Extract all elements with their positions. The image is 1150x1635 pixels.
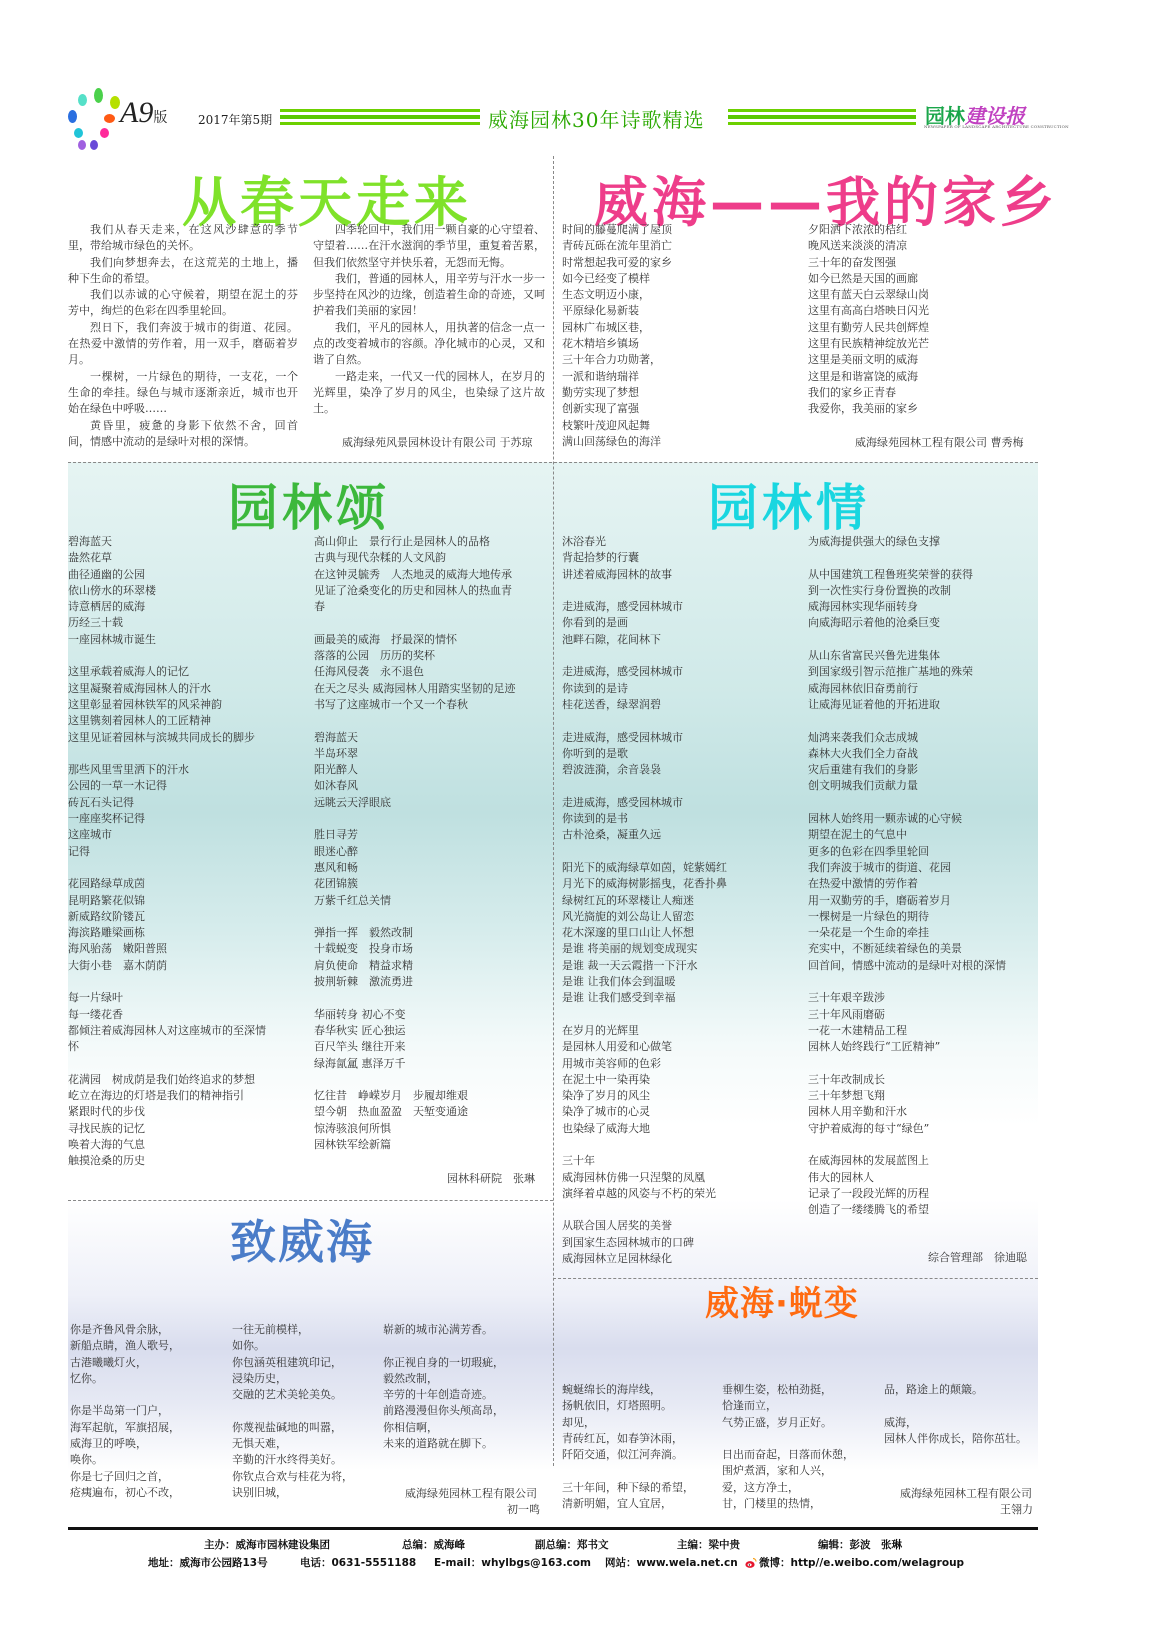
article-body-spring-col2: 四季轮回中，我们用一颗自豪的心守望着、守望着……在汗水滋润的季节里，重复着苦累，…	[313, 222, 545, 418]
issue-label: 2017年第5期	[198, 111, 272, 128]
author-name: 初一鸣	[507, 1501, 540, 1517]
author-byline: 威海绿苑风景园林设计有限公司 于苏琼	[342, 434, 533, 450]
author-name: 王翎力	[1000, 1501, 1033, 1517]
poem-hometown-col1: 时间的藤蔓爬满了屋顶青砖瓦砾在流年里消亡时常想起我可爱的家乡如今已经变了模样生态…	[562, 222, 672, 450]
poem-transformation-col1: 蜿蜒绵长的海岸线，扬帆依旧，灯塔照明。却见，青砖红瓦，如春笋沐雨，阡陌交通，似江…	[562, 1382, 694, 1512]
footer-chief-editor: 总编：威海峰	[402, 1537, 465, 1552]
author-byline: 综合管理部 徐迪聪	[928, 1249, 1027, 1265]
header-stripe-right	[728, 109, 916, 125]
author-byline: 园林科研院 张琳	[447, 1170, 535, 1186]
poem-hometown-col2: 夕阳洒下浓浓的桔红晚风送来淡淡的清凉三十年的奋发图强如今已然是天国的画廊这里有蓝…	[808, 222, 929, 418]
column-divider	[553, 156, 554, 1466]
footer-email-link[interactable]: E-mail：whylbgs@163.com	[434, 1555, 591, 1570]
footer-phone: 电话：0631-5551188	[300, 1555, 416, 1570]
author-org: 威海绿苑园林工程有限公司	[405, 1485, 537, 1501]
poem-affection-col1: 沐浴春光背起拾梦的行囊讲述着威海园林的故事走进威海，感受园林城市你看到的是画池畔…	[562, 534, 727, 1267]
footer-weibo-link[interactable]: 微博：http//e.weibo.com/welagroup	[759, 1555, 964, 1570]
footer-rule	[68, 1527, 1038, 1530]
author-byline: 威海绿苑园林工程有限公司 曹秀梅	[855, 434, 1024, 450]
row-divider	[68, 462, 1038, 463]
footer-deputy-editor: 副总编：郑书文	[535, 1537, 609, 1552]
page-number: A9版	[120, 96, 167, 130]
article-body-spring-col1: 我们从春天走来，在这风沙肆意的季节里，带给城市绿色的关怀。 我们向梦想奔去，在这…	[68, 222, 298, 450]
poem-to-weihai-col3: 崭新的城市沁满芳香。你正视自身的一切瑕疵，毅然改制，辛劳的十年创造奇迹。前路漫漫…	[383, 1322, 504, 1452]
header-stripe-left	[280, 109, 480, 125]
article-title-ode: 园林颂	[228, 468, 390, 540]
footer-sponsor: 主办：威海市园林建设集团	[204, 1537, 330, 1552]
poem-transformation-col2: 垂柳生姿，松柏劲挺，恰逢而立，气势正盛，岁月正好。日出而奋起，日落而休憩，围炉煮…	[722, 1382, 854, 1512]
poem-transformation-col3: 品，路途上的颠簸。威海，园林人伴你成长，陪你茁壮。	[884, 1382, 1027, 1447]
footer-website-link[interactable]: 网站：www.wela.net.cn	[605, 1555, 738, 1570]
poem-ode-col2: 高山仰止 景行行止是园林人的品格古典与现代杂糅的人文风韵在这钟灵毓秀 人杰地灵的…	[314, 534, 516, 1153]
section-title: 威海园林30年诗歌精选	[488, 104, 704, 133]
footer-editor-in-charge: 主编：梁中贵	[677, 1537, 740, 1552]
author-org: 威海绿苑园林工程有限公司	[900, 1485, 1032, 1501]
footer-editors: 编辑：彭波 张琳	[818, 1537, 902, 1552]
poem-to-weihai-col2: 一往无前模样，如你。你包涵英租建筑印记，浸染历史，交融的艺术美轮美奂。你蔑视盐碱…	[232, 1322, 353, 1501]
article-title-affection: 园林情	[708, 468, 870, 540]
weibo-icon	[745, 1554, 757, 1566]
article-title-transformation: 威海·蜕变	[705, 1276, 859, 1325]
flower-logo-icon	[66, 88, 128, 150]
footer-address: 地址：威海市公园路13号	[148, 1555, 268, 1570]
article-title-to-weihai: 致威海	[230, 1206, 374, 1272]
poem-affection-col2: 为威海提供强大的绿色支撑从中国建筑工程鲁班奖荣誉的获得到一次性实行身份置换的改制…	[808, 534, 1006, 1218]
poem-ode-col1: 碧海蓝天盎然花草曲径通幽的公园依山傍水的环翠楼诗意栖居的威海历经三十载一座园林城…	[68, 534, 266, 1170]
newspaper-logo-subtitle: NEWSPAPER OF LANDSCAPE ARCHITECTURE CONS…	[924, 124, 1069, 129]
poem-to-weihai-col1: 你是齐鲁风骨余脉，新船点睛，渔人歌号，古港曦曦灯火，忆你。你是半岛第一门户，海军…	[70, 1322, 180, 1501]
row-divider	[68, 1200, 553, 1201]
